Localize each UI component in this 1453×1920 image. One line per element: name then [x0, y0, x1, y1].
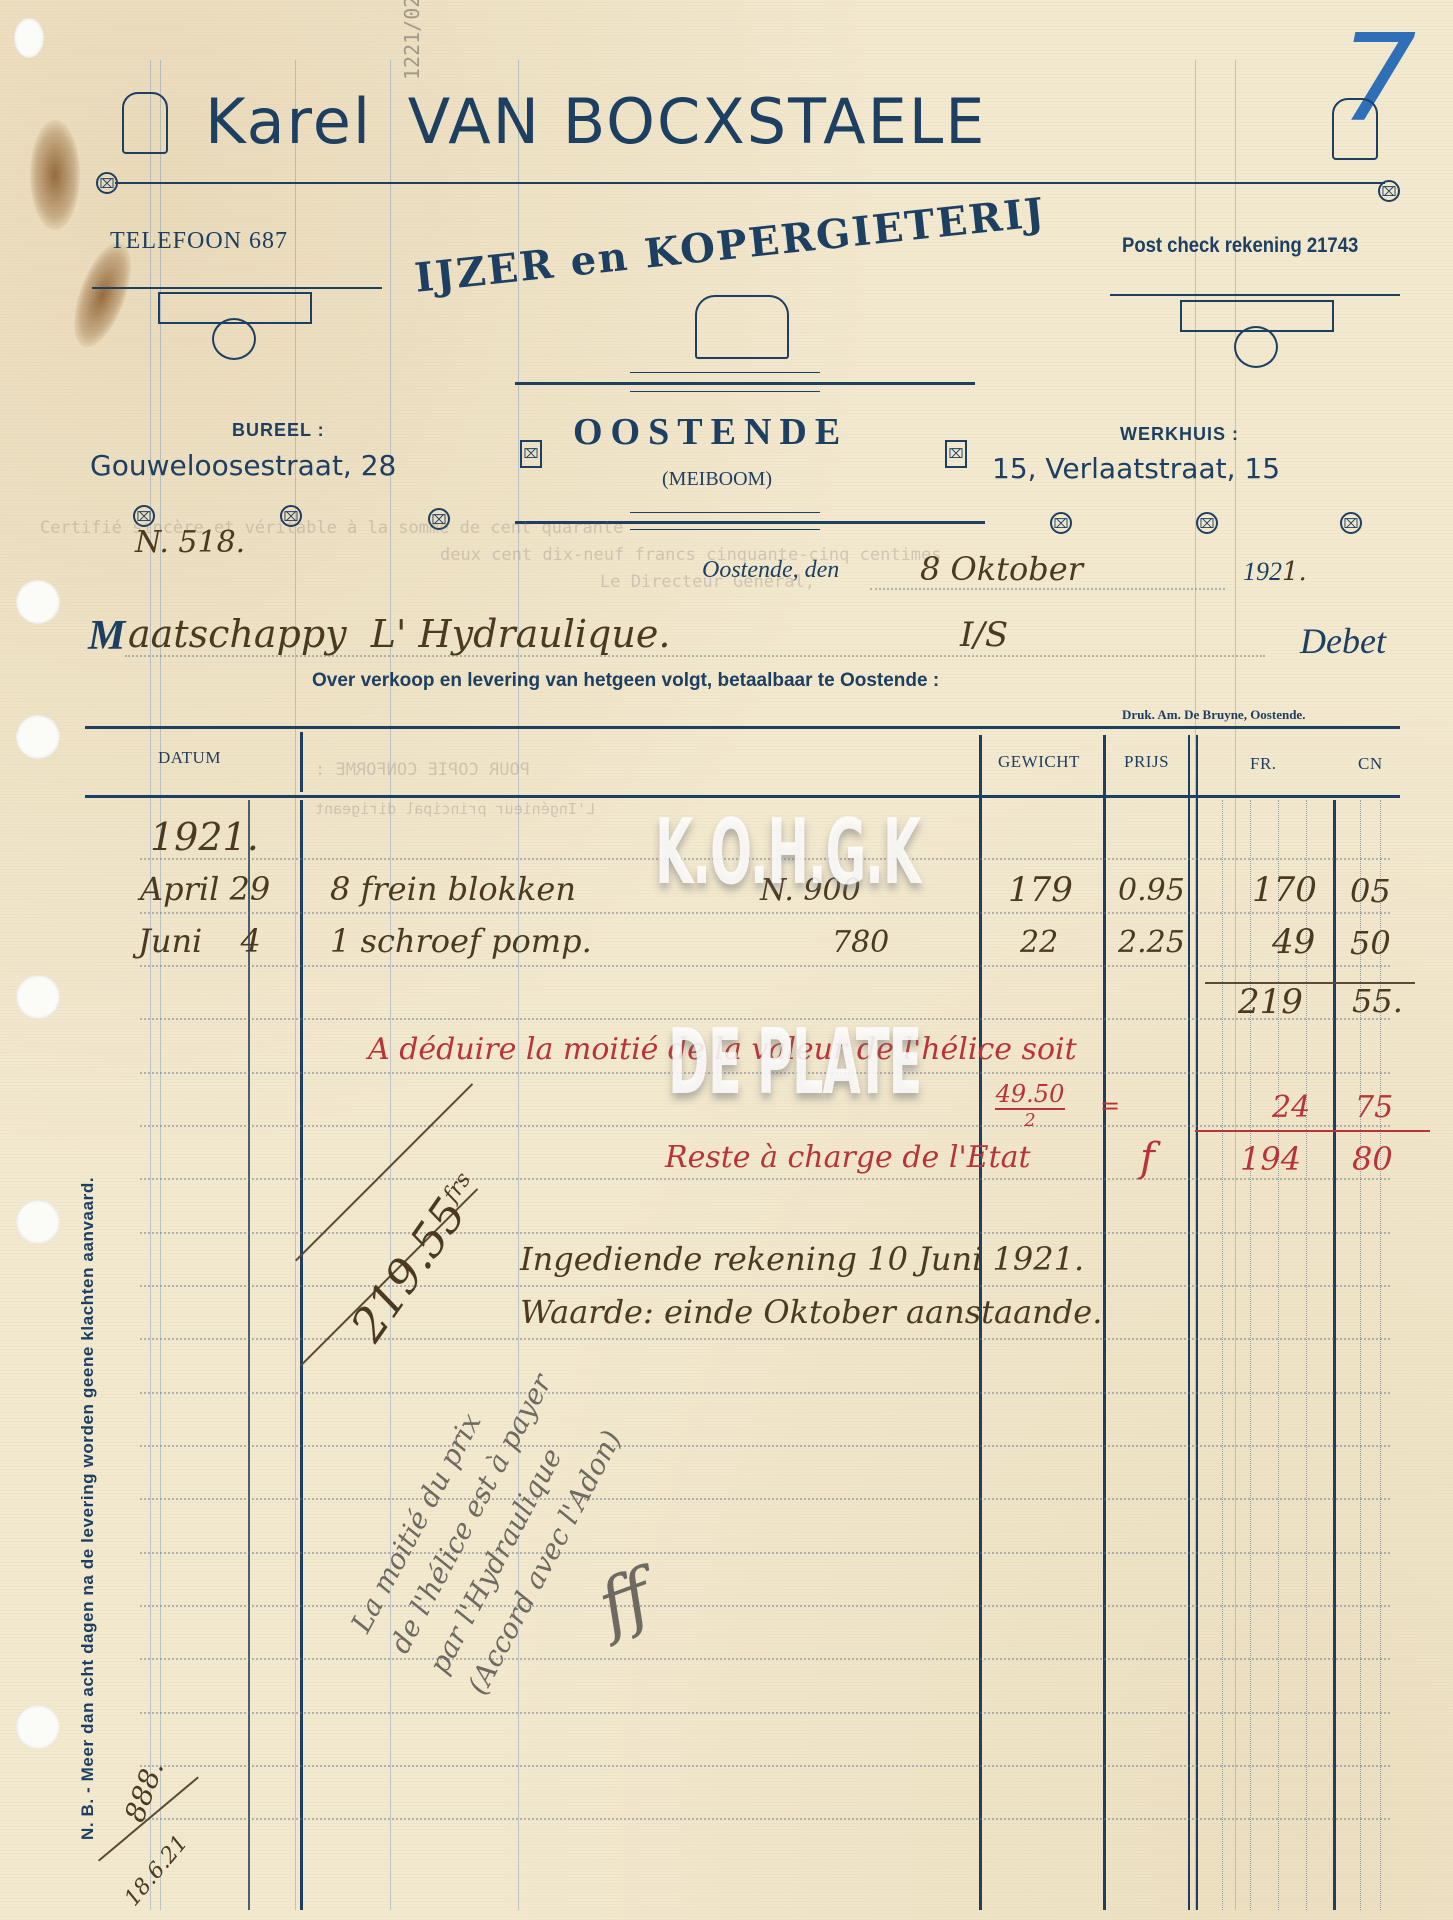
company-name: Karel VAN BOCXSTAELE: [205, 85, 986, 158]
row-francs: 49: [1272, 922, 1315, 962]
row-guide: [140, 1658, 1390, 1660]
archive-reference: 1221/026: [400, 0, 424, 80]
row-guide: [140, 912, 1390, 914]
date-prefix: Oostende, den: [702, 557, 839, 584]
payment-terms: Over verkoop en levering van hetgeen vol…: [312, 670, 939, 692]
date-dotted-line: [870, 588, 1225, 590]
row-guide: [140, 1818, 1390, 1820]
year-printed: 192: [1243, 557, 1282, 586]
deduction-francs: 24: [1272, 1090, 1310, 1125]
row-price: 0.95: [1118, 873, 1185, 908]
watermark-de-plate: DE PLATE: [668, 1010, 921, 1115]
district-name: (MEIBOOM): [662, 468, 772, 491]
row-cents: 05: [1350, 872, 1391, 910]
row-guide: [140, 1445, 1390, 1447]
ornament: ⌧: [1340, 512, 1362, 534]
ruling-line: [150, 60, 151, 1910]
works-label: WERKHUIS :: [1120, 424, 1239, 445]
watermark-kohgk: K.O.H.G.K: [655, 800, 920, 905]
subtotal-francs: 219: [1238, 982, 1303, 1022]
row-guide: [140, 1765, 1390, 1767]
box-ornament: ⌧: [945, 440, 967, 468]
bottom-ref-top: 888.: [118, 1756, 170, 1826]
row-guide: [140, 1552, 1390, 1554]
postcheck-account: Post check rekening 21743: [1122, 234, 1358, 258]
row-day: 4: [240, 922, 260, 960]
column-header-datum: DATUM: [158, 748, 221, 768]
table-row: April 29: [140, 870, 270, 908]
table-header-rule: [85, 795, 1400, 798]
company-first-name: Karel: [205, 85, 372, 158]
center-rule: [515, 382, 975, 385]
ornament: ⌧: [1196, 512, 1218, 534]
punch-hole: [16, 1705, 60, 1749]
trade-name: IJZER en KOPERGIETERIJ: [413, 189, 1048, 302]
value-note: Waarde: einde Oktober aanstaande.: [520, 1293, 1102, 1331]
title-ornament-right: [1332, 98, 1378, 160]
deduction-equals: =: [1100, 1092, 1120, 1120]
row-guide: [140, 1498, 1390, 1500]
row-guide: [140, 1712, 1390, 1714]
punch-hole: [16, 975, 60, 1019]
divider: [1110, 294, 1400, 296]
row-cents: 50: [1350, 924, 1391, 962]
rule-end-ornament: ⌧: [96, 172, 118, 194]
column-rule: [300, 732, 303, 792]
recipient-initial: M: [88, 612, 125, 660]
column-header-cn: CN: [1358, 754, 1383, 774]
punch-hole: [16, 580, 60, 624]
deduction-fraction: 49.50 2: [995, 1080, 1065, 1131]
printer-credit: Druk. Am. De Bruyne, Oostende.: [1122, 707, 1305, 723]
row-francs: 170: [1252, 870, 1317, 910]
invoice-number: N. 518.: [135, 525, 245, 560]
recipient-name: aatschappy L' Hydraulique.: [128, 612, 670, 656]
ruling-line: [160, 60, 161, 1910]
rust-stain: [30, 120, 80, 230]
row-day: 29: [230, 870, 271, 908]
subtotal-cents: 55.: [1352, 982, 1403, 1020]
row-guide: [140, 965, 1390, 967]
bleed-through-stamp: deux cent dix-neuf francs cinquante-cinq…: [440, 545, 942, 565]
pencil-annotation: La moitié du prix de l'hélice est à paye…: [340, 1346, 641, 1703]
recipient-extra: I/S: [960, 615, 1008, 655]
year-prefix: 1921.: [1243, 557, 1307, 587]
center-monogram: [695, 295, 789, 359]
ruling-line: [295, 60, 296, 1910]
remainder-cents: 80: [1352, 1140, 1393, 1178]
boxed-amount-value: 219.55: [340, 1188, 477, 1351]
row-guide: [140, 1605, 1390, 1607]
submitted-note: Ingediende rekening 10 Juni 1921.: [520, 1240, 1084, 1278]
remainder-francs: 194: [1240, 1140, 1301, 1178]
scroll-ornament-right-loop: [1234, 326, 1278, 368]
rule-end-ornament: ⌧: [1378, 180, 1400, 202]
row-reference: 780: [832, 925, 889, 960]
remainder-currency: f: [1140, 1135, 1155, 1181]
company-last-name: VAN BOCXSTAELE: [408, 85, 987, 158]
column-header-fr: FR.: [1250, 754, 1277, 774]
row-guide: [140, 1178, 1390, 1180]
bleed-through-conform: POUR COPIE CONFORME :: [315, 760, 530, 780]
fraction-denominator: 2: [995, 1110, 1065, 1131]
column-header-gewicht: GEWICHT: [998, 752, 1080, 772]
table-row: Juni 4: [138, 922, 261, 960]
center-rule: [630, 372, 820, 373]
title-rule: [115, 182, 1385, 184]
row-month: Juni: [138, 922, 202, 960]
column-header-prijs: PRIJS: [1124, 752, 1169, 772]
scroll-ornament-left-loop: [212, 318, 256, 360]
fraction-numerator: 49.50: [995, 1080, 1065, 1110]
center-rule: [630, 391, 820, 392]
office-label: BUREEL :: [232, 420, 325, 441]
row-price: 2.25: [1118, 925, 1185, 960]
row-description: 8 frein blokken: [330, 870, 576, 908]
box-ornament: ⌧: [520, 440, 542, 468]
table-year: 1921.: [150, 815, 259, 859]
row-description: 1 schroef pomp.: [330, 922, 592, 960]
row-guide: [140, 1285, 1390, 1287]
invoice-date: 8 Oktober: [920, 550, 1083, 588]
deduction-cents: 75: [1355, 1090, 1393, 1125]
city-name: OOSTENDE: [573, 410, 848, 454]
works-address: 15, Verlaatstraat, 15: [992, 452, 1280, 485]
office-address: Gouweloosestraat, 28: [90, 449, 396, 482]
deduction-rule: [1195, 1130, 1430, 1132]
remainder-text: Reste à charge de l'Etat: [665, 1140, 1031, 1175]
punch-hole: [16, 1200, 60, 1244]
ornament: ⌧: [1050, 512, 1072, 534]
telephone: TELEFOON 687: [110, 228, 288, 255]
year-handwritten: 1.: [1282, 557, 1307, 587]
bottom-ref-bottom: 18.6.21: [120, 1831, 193, 1911]
punch-hole: [14, 18, 44, 58]
table-top-rule: [85, 726, 1400, 729]
row-guide: [140, 1125, 1390, 1127]
center-rule: [630, 529, 820, 530]
row-weight: 179: [1008, 870, 1073, 910]
bleed-through-stamp: Certifié sincère et véritable à la somme…: [40, 518, 623, 538]
row-guide: [140, 1392, 1390, 1394]
title-ornament-left: [122, 92, 168, 154]
divider: [92, 287, 382, 289]
pencil-signature: ff: [587, 1554, 662, 1648]
row-month: April: [140, 870, 219, 908]
row-guide: [140, 1232, 1390, 1234]
punch-hole: [16, 715, 60, 759]
debet-label: Debet: [1300, 620, 1386, 662]
side-note: N. B. - Meer dan acht dagen na de leveri…: [78, 1177, 98, 1840]
bleed-through-engineer: L'Ingénieur principal dirigeant: [315, 800, 595, 818]
row-weight: 22: [1020, 925, 1058, 960]
center-rule: [630, 512, 820, 513]
